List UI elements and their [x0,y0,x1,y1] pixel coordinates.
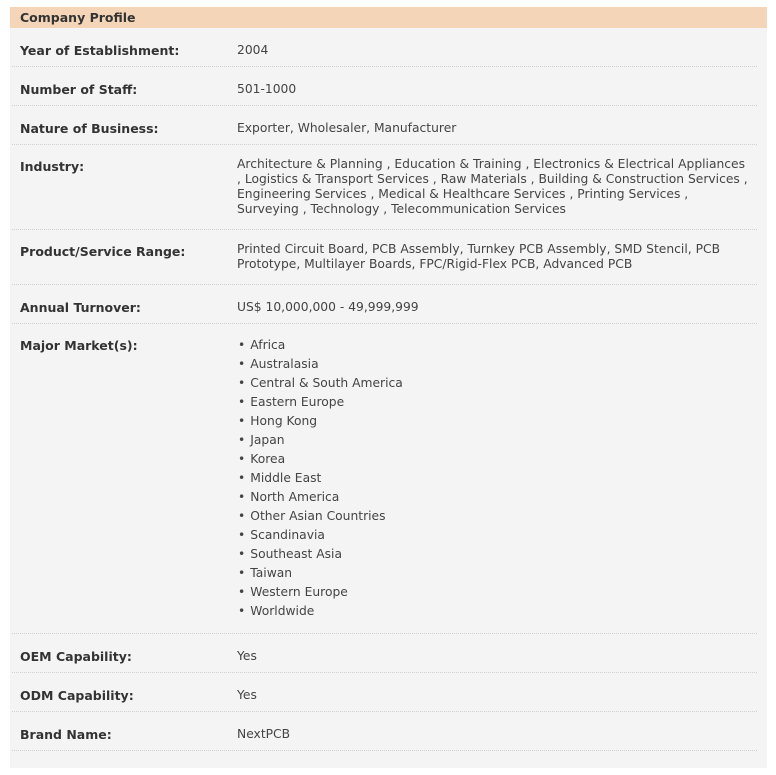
row-number-of-staff: Number of Staff: 501-1000 [12,67,757,106]
market-item: Korea [237,450,751,469]
market-item: Scandinavia [237,526,751,545]
market-item: Other Asian Countries [237,507,751,526]
row-oem-capability: OEM Capability: Yes [12,634,757,673]
row-value: 501-1000 [237,67,757,105]
row-odm-capability: ODM Capability: Yes [12,673,757,712]
row-value: US$ 10,000,000 - 49,999,999 [237,285,757,323]
row-label: Number of Staff: [12,67,237,105]
market-item: Western Europe [237,583,751,602]
market-item: Southeast Asia [237,545,751,564]
row-label: Brand Name: [12,712,237,750]
market-item: North America [237,488,751,507]
row-value: Exporter, Wholesaler, Manufacturer [237,106,757,144]
row-label: ODM Capability: [12,673,237,711]
row-nature-of-business: Nature of Business: Exporter, Wholesaler… [12,106,757,145]
market-item: Taiwan [237,564,751,583]
row-value: Printed Circuit Board, PCB Assembly, Tur… [237,230,757,284]
row-label: OEM Capability: [12,634,237,672]
row-industry: Industry: Architecture & Planning , Educ… [12,145,757,230]
row-annual-turnover: Annual Turnover: US$ 10,000,000 - 49,999… [12,285,757,324]
row-year-of-establishment: Year of Establishment: 2004 [12,28,757,67]
markets-list: AfricaAustralasiaCentral & South America… [237,336,751,621]
row-label: Industry: [12,145,237,229]
row-value: NextPCB [237,712,757,750]
row-label: Nature of Business: [12,106,237,144]
row-value: Architecture & Planning , Education & Tr… [237,145,757,229]
row-value: Yes [237,673,757,711]
row-label: Year of Establishment: [12,28,237,66]
market-item: Eastern Europe [237,393,751,412]
market-item: Central & South America [237,374,751,393]
company-profile-panel: Company Profile Year of Establishment: 2… [10,7,767,768]
market-item: Australasia [237,355,751,374]
row-value: AfricaAustralasiaCentral & South America… [237,324,757,633]
market-item: Japan [237,431,751,450]
profile-rows: Year of Establishment: 2004 Number of St… [10,28,767,751]
row-value: 2004 [237,28,757,66]
row-value: Yes [237,634,757,672]
row-brand-name: Brand Name: NextPCB [12,712,757,751]
market-item: Hong Kong [237,412,751,431]
market-item: Middle East [237,469,751,488]
market-item: Worldwide [237,602,751,621]
row-label: Product/Service Range: [12,230,237,284]
row-product-service-range: Product/Service Range: Printed Circuit B… [12,230,757,285]
row-label: Annual Turnover: [12,285,237,323]
panel-title: Company Profile [10,7,767,28]
row-label: Major Market(s): [12,324,237,633]
row-major-markets: Major Market(s): AfricaAustralasiaCentra… [12,324,757,634]
market-item: Africa [237,336,751,355]
